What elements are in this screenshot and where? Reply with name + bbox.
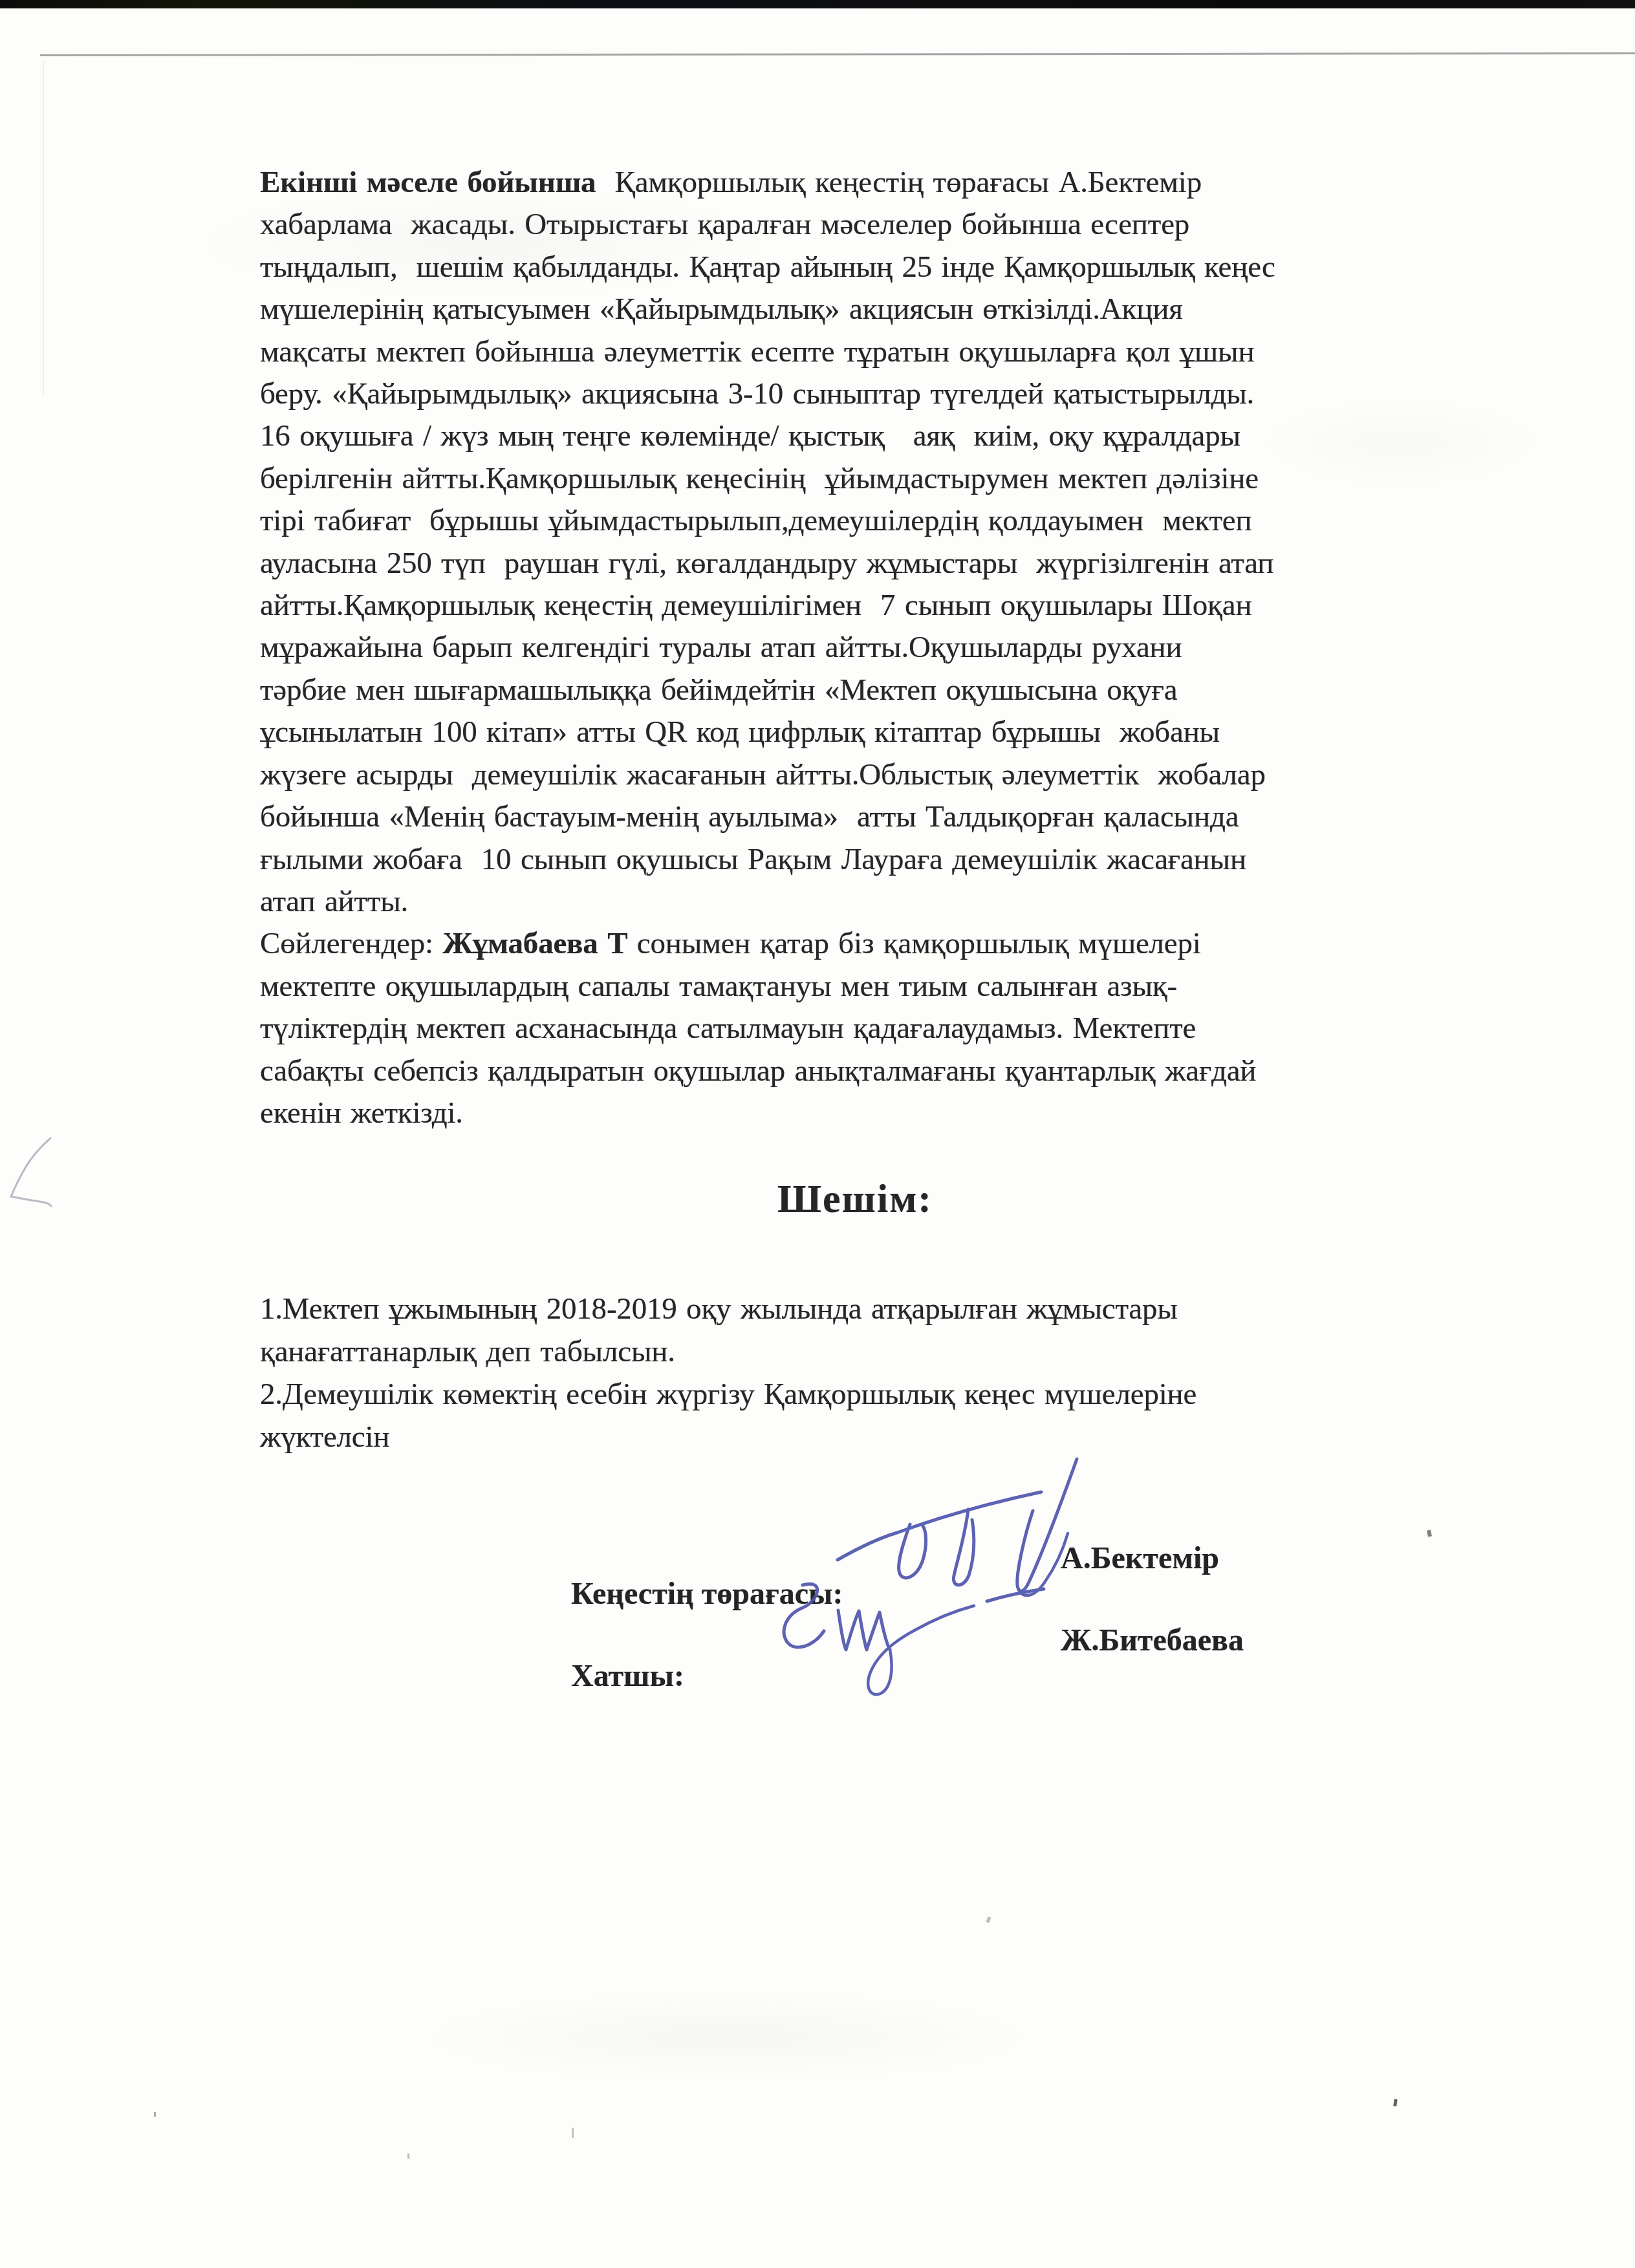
text-segment: мақсаты мектеп бойынша әлеуметтік есепте… <box>260 335 1254 369</box>
scan-speck <box>1427 1529 1432 1537</box>
text-segment: тірі табиғат бұрышы ұйымдастырылып,демеу… <box>260 504 1251 537</box>
text-segment: беру. «Қайырымдылық» акциясына 3-10 сыны… <box>260 377 1254 411</box>
scan-edge-band <box>0 0 1635 8</box>
text-segment: 16 оқушыға / жүз мың теңге көлемінде/ қы… <box>260 419 1240 453</box>
scan-divider-line <box>40 52 1635 56</box>
paper-edge-line <box>43 61 44 397</box>
text-line: тыңдалып, шешім қабылданды. Қаңтар айыны… <box>260 246 1450 288</box>
text-segment: екенін жеткізді. <box>260 1096 463 1130</box>
text-segment: сабақты себепсіз қалдыратын оқушылар аны… <box>260 1054 1256 1088</box>
text-line: беру. «Қайырымдылық» акциясына 3-10 сыны… <box>260 373 1450 415</box>
decision-line: 2.Демеушілік көмектің есебін жүргізу Қам… <box>260 1373 1450 1416</box>
scan-smudge <box>420 1992 1035 2082</box>
pencil-mark <box>5 1133 67 1214</box>
text-segment: ғылыми жобаға 10 сынып оқушысы Рақым Лау… <box>260 843 1246 876</box>
text-line: ауласына 250 түп раушан гүлі, көгалданды… <box>260 543 1450 585</box>
text-line: түліктердің мектеп асханасында сатылмауы… <box>260 1008 1450 1050</box>
text-line: берілгенін айтты.Қамқоршылық кеңесінің ұ… <box>260 458 1450 500</box>
text-line: Екінші мәселе бойынша Қамқоршылық кеңест… <box>260 162 1450 204</box>
text-line: ғылыми жобаға 10 сынып оқушысы Рақым Лау… <box>260 839 1450 881</box>
text-line: ұсынылатын 100 кітап» атты QR код цифрлы… <box>260 711 1450 753</box>
text-line: тірі табиғат бұрышы ұйымдастырылып,демеу… <box>260 500 1450 542</box>
text-line: тәрбие мен шығармашылыққа бейімдейтін «М… <box>260 669 1450 711</box>
text-line: Сөйлегендер: Жұмабаева Т сонымен қатар б… <box>260 923 1450 965</box>
document-body: Екінші мәселе бойынша Қамқоршылық кеңест… <box>260 162 1450 1458</box>
decision-heading: Шешім: <box>260 1171 1450 1227</box>
decision-line: 1.Мектеп ұжымының 2018-2019 оқу жылында … <box>260 1288 1450 1330</box>
text-segment: мұражайына барып келгендігі туралы атап … <box>260 631 1182 664</box>
text-segment: Екінші мәселе бойынша <box>260 166 596 199</box>
decision-list: 1.Мектеп ұжымының 2018-2019 оқу жылында … <box>260 1288 1450 1458</box>
text-segment: Сөйлегендер: <box>260 927 442 960</box>
decision-line: жүктелсін <box>260 1416 1450 1458</box>
secretary-label: Хатшы: <box>571 1659 684 1693</box>
text-segment: атап айтты. <box>260 885 408 918</box>
text-segment: ұсынылатын 100 кітап» атты QR код цифрлы… <box>260 715 1220 749</box>
text-segment: түліктердің мектеп асханасында сатылмауы… <box>260 1011 1196 1045</box>
text-line: мектепте оқушылардың сапалы тамақтануы м… <box>260 966 1450 1008</box>
text-segment: берілгенін айтты.Қамқоршылық кеңесінің ұ… <box>260 462 1259 495</box>
text-segment: мектепте оқушылардың сапалы тамақтануы м… <box>260 969 1177 1003</box>
text-line: сабақты себепсіз қалдыратын оқушылар аны… <box>260 1050 1450 1092</box>
text-segment: жүзеге асырды демеушілік жасағанын айтты… <box>260 758 1266 792</box>
text-segment: Қамқоршылық кеңестің төрағасы А.Бектемір <box>596 166 1202 199</box>
text-line: жүзеге асырды демеушілік жасағанын айтты… <box>260 754 1450 796</box>
scan-speck <box>1393 2099 1397 2107</box>
text-line: айтты.Қамқоршылық кеңестің демеушілігіме… <box>260 585 1450 627</box>
text-segment: Жұмабаева Т <box>442 927 627 960</box>
text-line: хабарлама жасады. Отырыстағы қаралған мә… <box>260 204 1450 246</box>
text-segment: тыңдалып, шешім қабылданды. Қаңтар айыны… <box>260 250 1275 284</box>
text-line: мақсаты мектеп бойынша әлеуметтік есепте… <box>260 331 1450 373</box>
text-line: атап айтты. <box>260 881 1450 923</box>
paragraph-body: Екінші мәселе бойынша Қамқоршылық кеңест… <box>260 162 1450 1134</box>
scan-speck <box>407 2154 409 2159</box>
text-line: мұражайына барып келгендігі туралы атап … <box>260 627 1450 669</box>
decision-line: қанағаттанарлық деп табылсын. <box>260 1330 1450 1373</box>
text-segment: тәрбие мен шығармашылыққа бейімдейтін «М… <box>260 673 1177 707</box>
text-line: екенін жеткізді. <box>260 1092 1450 1134</box>
text-line: бойынша «Менің бастауым-менің ауылыма» а… <box>260 796 1450 838</box>
text-segment: сонымен қатар біз қамқоршылық мүшелері <box>627 927 1200 960</box>
scanned-page: Екінші мәселе бойынша Қамқоршылық кеңест… <box>0 0 1635 2268</box>
scan-speck <box>572 2128 574 2138</box>
scan-speck <box>154 2112 156 2117</box>
text-segment: бойынша «Менің бастауым-менің ауылыма» а… <box>260 800 1239 834</box>
scan-speck <box>986 1916 991 1923</box>
text-segment: хабарлама жасады. Отырыстағы қаралған мә… <box>260 208 1189 241</box>
text-segment: ауласына 250 түп раушан гүлі, көгалданды… <box>260 546 1273 580</box>
text-segment: мүшелерінің қатысуымен «Қайырымдылық» ак… <box>260 292 1183 326</box>
signature-ink <box>741 1455 1167 1707</box>
text-line: 16 оқушыға / жүз мың теңге көлемінде/ қы… <box>260 415 1450 457</box>
scanned-document: { "scan": { "paper_color": "#fdfdfb", "i… <box>0 0 1635 2268</box>
text-segment: айтты.Қамқоршылық кеңестің демеушілігіме… <box>260 589 1251 622</box>
text-line: мүшелерінің қатысуымен «Қайырымдылық» ак… <box>260 288 1450 330</box>
